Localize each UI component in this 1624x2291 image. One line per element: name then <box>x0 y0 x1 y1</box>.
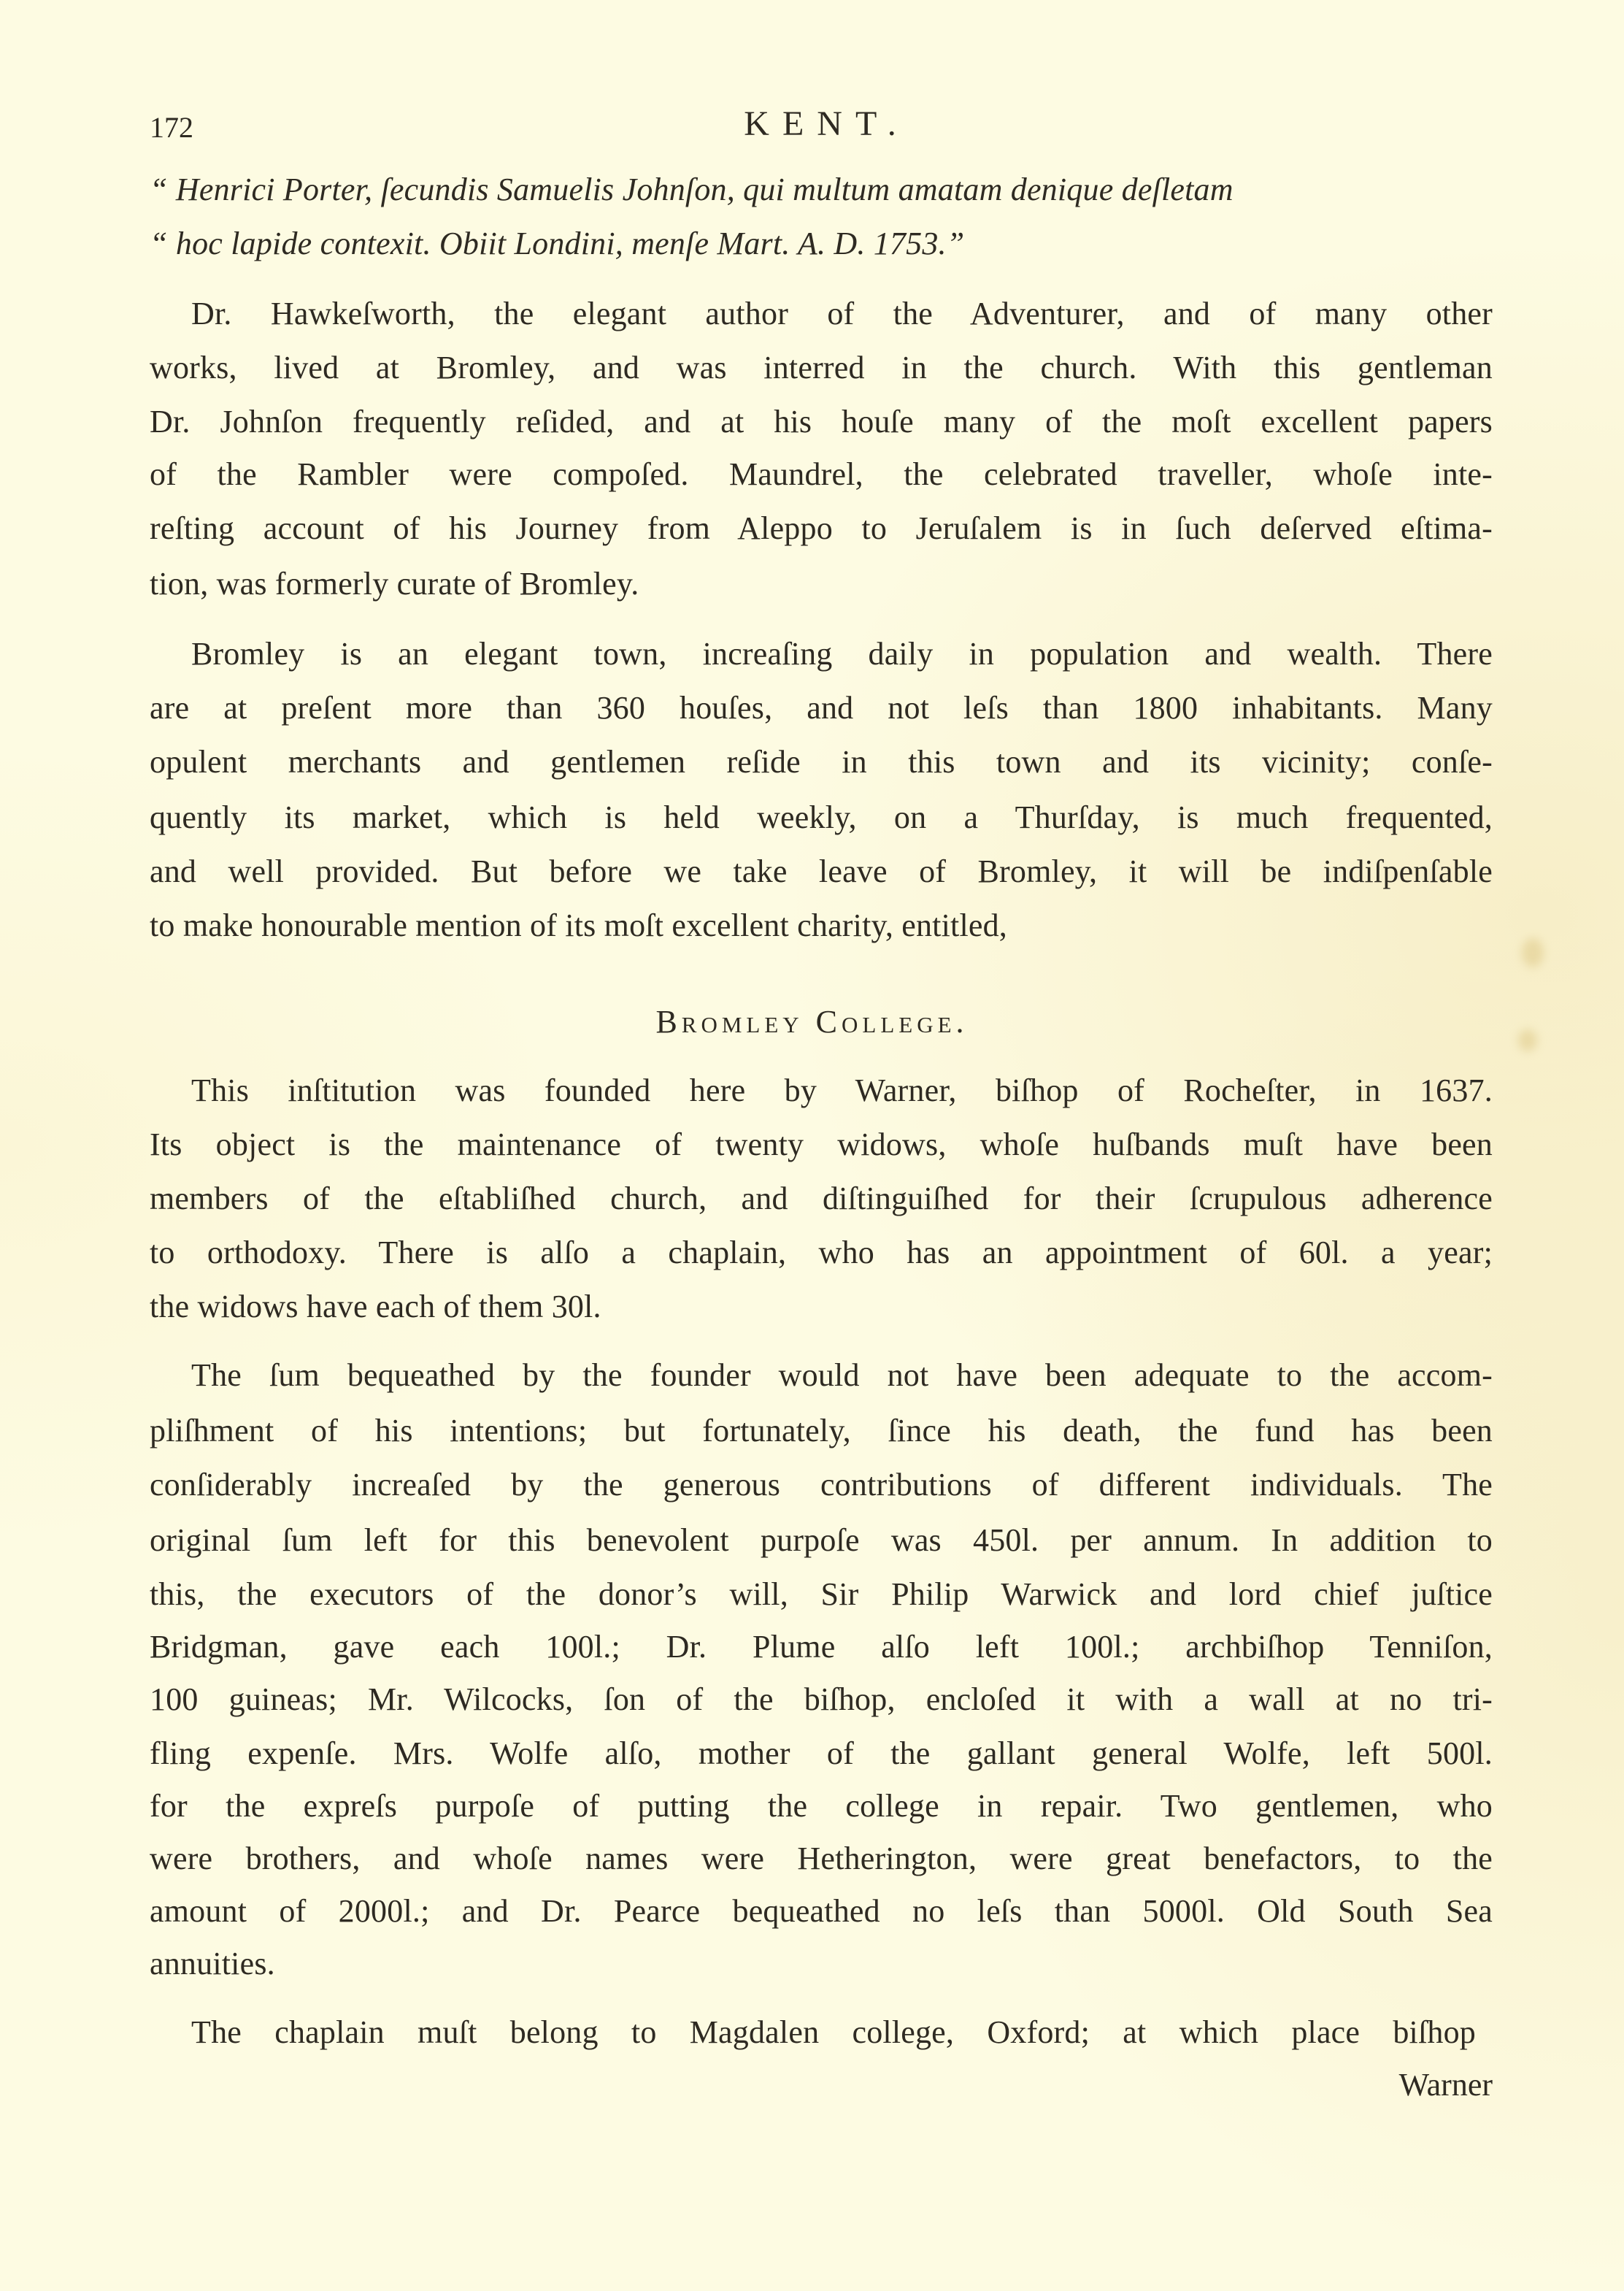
paragraph-line: Bromley is an elegant town, increaſing d… <box>191 627 1493 681</box>
paragraph-line: The ſum bequeathed by the founder would … <box>191 1348 1493 1402</box>
book-page: 172 KENT. “ Henrici Porter, ſecundis Sam… <box>0 0 1624 2291</box>
paragraph-line: annuities. <box>150 1937 1493 1991</box>
paragraph-line: fling expenſe. Mrs. Wolfe alſo, mother o… <box>150 1727 1493 1781</box>
paragraph-line: This inſtitution was founded here by War… <box>191 1064 1493 1118</box>
paragraph-line: opulent merchants and gentlemen reſide i… <box>150 735 1493 789</box>
catchword: Warner <box>1399 2058 1493 2112</box>
paragraph-line: were brothers, and whoſe names were Heth… <box>150 1832 1493 1886</box>
paragraph-line: The chaplain muſt belong to Magdalen col… <box>191 2006 1476 2060</box>
paragraph-line: conſiderably increaſed by the generous c… <box>150 1458 1493 1512</box>
paragraph-line: amount of 2000l.; and Dr. Pearce bequeat… <box>150 1884 1493 1938</box>
paragraph-line: original ſum left for this benevolent pu… <box>150 1513 1493 1567</box>
paragraph-line: and well provided. But before we take le… <box>150 845 1493 899</box>
paragraph-line: Dr. Johnſon frequently reſided, and at h… <box>150 395 1493 449</box>
running-title: KENT. <box>0 102 1624 146</box>
paragraph-line: Its object is the maintenance of twenty … <box>150 1118 1493 1172</box>
paragraph-line: Dr. Hawkeſworth, the elegant author of t… <box>191 287 1493 341</box>
paragraph-line: members of the eſtabliſhed church, and d… <box>150 1172 1493 1226</box>
paper-stain <box>1522 938 1544 967</box>
paragraph-line: Bridgman, gave each 100l.; Dr. Plume alſ… <box>150 1620 1493 1674</box>
paragraph-line: works, lived at Bromley, and was interre… <box>150 341 1493 395</box>
paragraph-line: are at preſent more than 360 houſes, and… <box>150 681 1493 735</box>
paragraph-line: tion, was formerly curate of Bromley. <box>150 557 1493 611</box>
paragraph-line: this, the executors of the donor’s will,… <box>150 1567 1493 1622</box>
paragraph-line: to make honourable mention of its moſt e… <box>150 899 1493 953</box>
paragraph-line: for the expreſs purpoſe of putting the c… <box>150 1779 1493 1833</box>
section-heading: Bromley College. <box>0 995 1624 1049</box>
paragraph-line: pliſhment of his intentions; but fortuna… <box>150 1404 1493 1458</box>
paragraph-line: to orthodoxy. There is alſo a chaplain, … <box>150 1226 1493 1280</box>
paragraph-line: of the Rambler were compoſed. Maundrel, … <box>150 448 1493 502</box>
paragraph-line: the widows have each of them 30l. <box>150 1280 1493 1334</box>
paragraph-line: reſting account of his Journey from Alep… <box>150 502 1493 556</box>
paragraph-line: quently its market, which is held weekly… <box>150 791 1493 845</box>
paragraph-line: 100 guineas; Mr. Wilcocks, ſon of the bi… <box>150 1673 1493 1727</box>
epitaph-line: “ hoc lapide contexit. Obiit Londini, me… <box>150 217 1493 271</box>
epitaph-line: “ Henrici Porter, ſecundis Samuelis John… <box>150 163 1493 217</box>
